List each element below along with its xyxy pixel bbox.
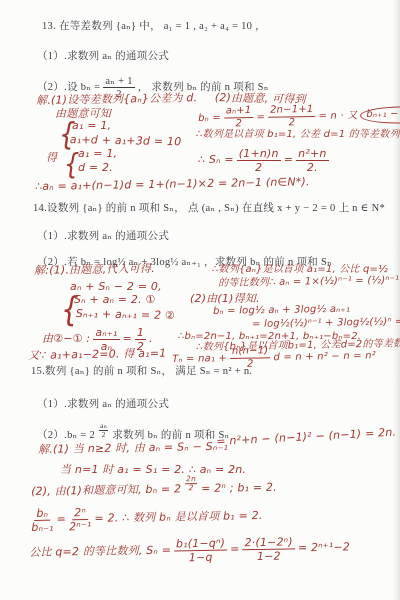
fraction: 2ⁿ 2ⁿ⁻¹: [69, 507, 92, 532]
fraction: aₙ+1 2: [224, 106, 254, 130]
fraction-denominator: 2: [255, 161, 262, 174]
q15-title: 15.数列 {aₙ} 的前 n 项和 Sₙ， 满足 Sₙ = n² + n.: [31, 366, 252, 379]
equals: =: [230, 544, 240, 557]
hand-q14-step1: 解:(1).由题意,代入可得.: [34, 263, 155, 278]
q15-exponent-fraction: aₙ 2: [99, 422, 108, 438]
fraction-numerator: bₙ: [34, 508, 50, 521]
fraction-numerator: 1: [135, 327, 146, 340]
fraction-denominator: 2: [102, 431, 106, 439]
q13-part1: （1）.求数列 aₙ 的通项公式: [37, 51, 169, 64]
fraction-denominator: 2: [235, 118, 242, 130]
ratio-pre: 由②−① :: [42, 333, 90, 346]
fraction-denominator: 1−2: [257, 549, 281, 562]
fraction-denominator: 2.: [307, 161, 318, 174]
q14-part1: （1）.求数列 aₙ 的通项公式: [37, 231, 169, 244]
fraction-numerator: aₙ + 1: [103, 76, 134, 88]
hand-q15-ratio: bₙ bₙ₋₁ = 2ⁿ 2ⁿ⁻¹ = 2. ∴ 数列 bₙ 是以首项 b₁ =…: [31, 504, 263, 533]
bn-post: = 2ⁿ ; b₁ = 2.: [201, 481, 277, 495]
fraction-denominator: bₙ₋₁: [31, 520, 54, 533]
q13-title: 13. 在等差数列 {aₙ} 中， a₁ = 1 , a₂ + a₄ = 10 …: [42, 21, 266, 34]
equals: =: [284, 154, 293, 167]
hand-q13-sum: ∴ Sₙ = (1+n)n 2 = n²+n 2.: [198, 148, 329, 173]
hand-q13-general-term: ∴aₙ = a₁+(n−1)d = 1+(n−1)×2 = 2n−1 (n∈N*…: [35, 176, 310, 193]
fraction: bₙ bₙ₋₁: [31, 508, 54, 533]
circled-difference: bₙ₊₁ − bₙ = 1: [360, 106, 400, 124]
exponent-fraction: 2n 2: [185, 475, 197, 491]
equals: =: [123, 333, 132, 346]
hand-q13-result-label: 得: [46, 152, 57, 165]
fraction-numerator: 2·(1−2ⁿ): [242, 536, 294, 549]
fraction-denominator: 2: [289, 117, 296, 129]
hand-q14-bn-eval: = log½(½)ⁿ⁻¹ + 3log½(½)ⁿ = 2n−1.: [252, 316, 400, 331]
fraction-numerator: 2n−1+1: [268, 105, 316, 117]
fraction-denominator: 1−q: [189, 550, 213, 563]
fraction-numerator: aₙ+1: [224, 106, 254, 118]
hand-q14-bn-def: bₙ = log½ aₙ + 3log½ aₙ₊₁: [213, 304, 350, 318]
hand-q13-result-brace: {: [64, 147, 79, 181]
hand-q15-step1: 解.(1) 当 n≥2 时, 由 aₙ = Sₙ − Sₙ₋₁: [38, 441, 228, 457]
fraction-denominator: 2: [189, 484, 194, 492]
q15-part1: （1）.求数列 aₙ 的通项公式: [37, 399, 169, 412]
hand-q14-eq1: Sₙ + aₙ = 2. ①: [74, 294, 156, 307]
hand-q13-step1: 解.(1)设等差数列{aₙ}公差为 d.: [36, 92, 197, 107]
bn-pre: bₙ =: [198, 112, 221, 124]
fraction: b₁(1−qⁿ) 1−q: [174, 538, 228, 564]
hand-q14-geo-conclusion1: ∴数列{aₙ}是以首项 a₁=1, 公比 q=½: [212, 264, 388, 276]
sum-post: = 2ⁿ⁺¹−2: [298, 542, 350, 556]
sum-pre: 公比 q=2 的等比数列, Sₙ =: [29, 545, 171, 560]
fraction-numerator: 2ⁿ: [72, 507, 88, 520]
q15-part2-pre: （2）.bₙ = 2: [37, 430, 95, 443]
page-edge-shadow: [393, 0, 400, 600]
hand-q14-part2-intro: (2)由(1)得知.: [190, 293, 260, 306]
fraction: n²+n 2.: [296, 148, 328, 173]
sum-post: d = n + n² − n = n²: [273, 350, 376, 363]
hand-q13-result-a1: a₁ = 1,: [78, 148, 117, 161]
fraction-numerator: n(n−1): [230, 346, 271, 358]
hand-q14-a1-check: 又∵ a₁+a₁−2=0. 得 a₁=1: [28, 348, 167, 363]
hand-q15-part2-bn: (2), 由(1)和题意可知, bₙ = 2 2n 2 = 2ⁿ ; b₁ = …: [31, 480, 277, 500]
hand-q14-eq2: Sₙ₊₁ + aₙ₊₁ = 2 ②: [76, 308, 175, 323]
fraction-numerator: (1+n)n: [237, 148, 281, 161]
bn-mid: = n · 又: [318, 110, 357, 122]
fraction: 2n−1+1 2: [268, 105, 316, 129]
fraction: (1+n)n 2: [237, 148, 281, 173]
q14-title: 14.设数列 {aₙ} 的前 n 项和 Sₙ， 点 (aₙ , Sₙ) 在直线 …: [33, 203, 385, 216]
hand-q15-sum: 公比 q=2 的等比数列, Sₙ = b₁(1−qⁿ) 1−q = 2·(1−2…: [29, 535, 350, 566]
fraction-numerator: n²+n: [296, 148, 328, 161]
sum-pre: Tₙ = na₁ +: [172, 353, 227, 365]
hand-q13-arith-conclusion: ∴数列是以首项 b₁=1, 公差 d=1 的等差数列: [196, 129, 400, 141]
hand-q15-step1-eval: = n²+n − (n−1)² − (n−1) = 2n.: [216, 427, 397, 449]
hand-q13-eq1: a₁ = 1,: [72, 120, 111, 133]
hand-q14-relation: aₙ + Sₙ − 2 = 0,: [70, 281, 162, 294]
hand-q14-geo-conclusion2: 的等比数列∴ aₙ = 1×(½)ⁿ⁻¹ = (½)ⁿ⁻¹.: [218, 275, 400, 290]
fraction-numerator: b₁(1−qⁿ): [174, 538, 227, 551]
hand-q13-bn-derivation: bₙ = aₙ+1 2 = 2n−1+1 2 = n · 又 bₙ₊₁ − bₙ…: [198, 103, 400, 130]
hand-q13-result: a₁ = 1, d = 2.: [78, 148, 117, 174]
worksheet-photo: 13. 在等差数列 {aₙ} 中， a₁ = 1 , a₂ + a₄ = 10 …: [0, 0, 400, 600]
hand-q15-n1-case: 当 n=1 时 a₁ = S₁ = 2. ∴ aₙ = 2n.: [60, 464, 246, 477]
fraction-numerator: aₙ₊₁: [93, 327, 119, 340]
sum-pre: ∴ Sₙ =: [198, 154, 234, 167]
fraction: 2·(1−2ⁿ) 1−2: [242, 536, 295, 562]
fraction-denominator: 2ⁿ⁻¹: [69, 519, 92, 532]
ratio-end: .: [149, 333, 153, 346]
equals: =: [56, 514, 66, 527]
ratio-post: = 2. ∴ 数列 bₙ 是以首项 b₁ = 2.: [94, 510, 262, 526]
hand-q13-result-d: d = 2.: [78, 162, 117, 175]
equals: =: [256, 112, 265, 124]
bn-pre: (2), 由(1)和题意可知, bₙ = 2: [31, 483, 181, 498]
